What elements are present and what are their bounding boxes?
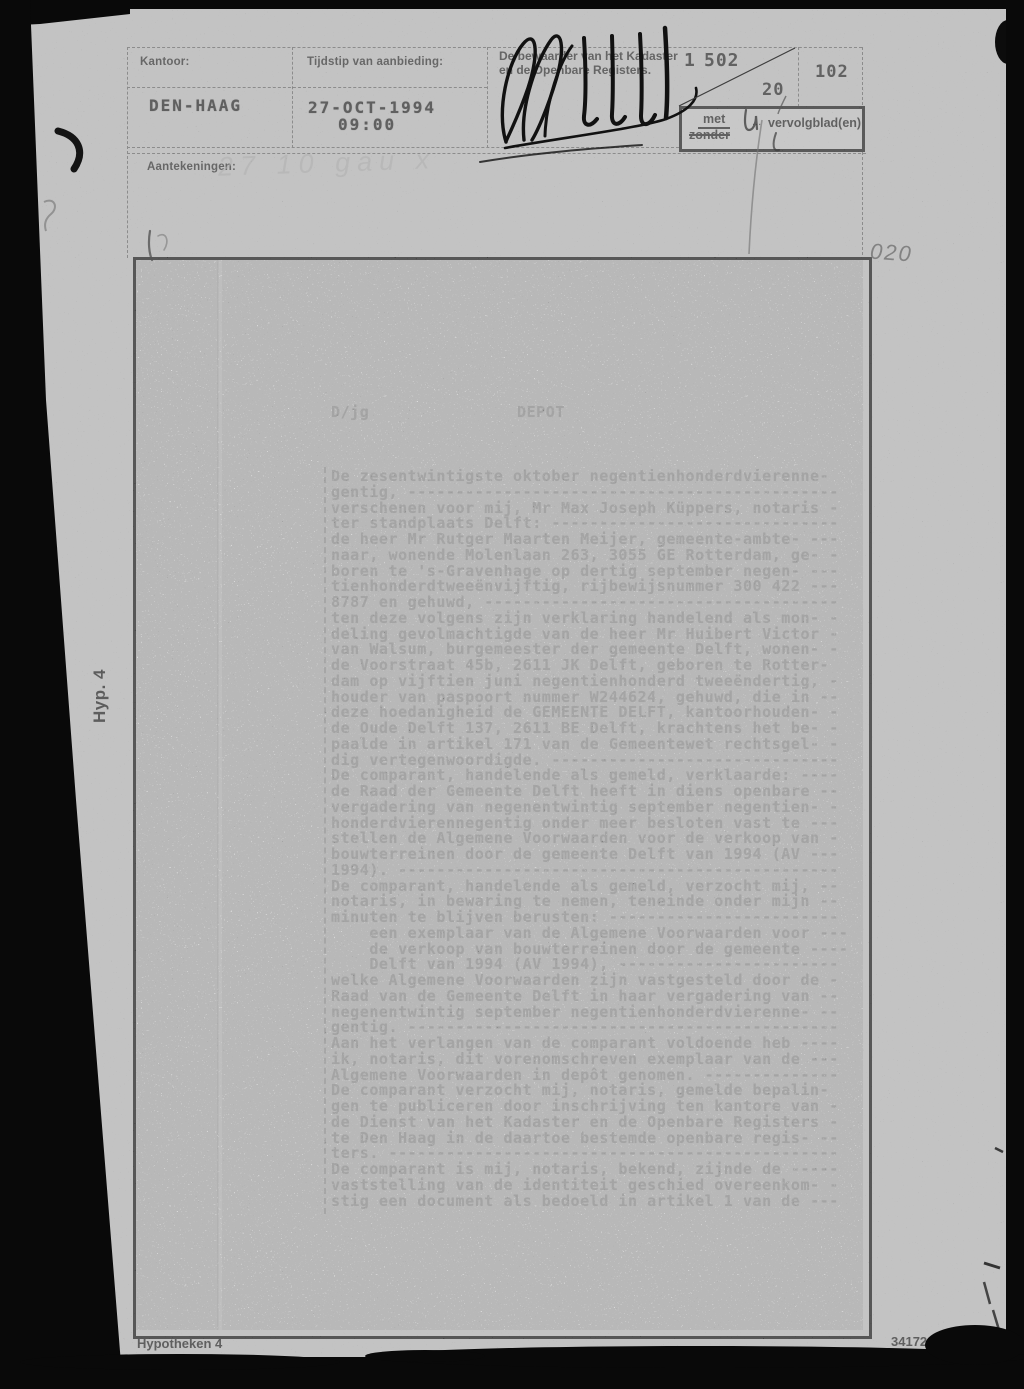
- header-label-rule: [127, 87, 487, 88]
- deed-line: stig een document als bedoeld in artikel…: [331, 1194, 871, 1210]
- scanned-deed-page: Kantoor: DEN-HAAG Tijdstip van aanbiedin…: [0, 0, 1024, 1389]
- header-divider-1: [292, 47, 293, 148]
- stamp-number-part: 1: [684, 50, 696, 71]
- bewaarder-line1: De bewaarder van het Kadaster: [499, 49, 678, 63]
- bewaarder-line2: en de Openbare Registers.: [499, 63, 678, 77]
- kantoor-label: Kantoor:: [140, 56, 190, 68]
- kantoor-value: DEN-HAAG: [149, 96, 242, 115]
- met-label: met: [698, 112, 730, 129]
- bewaarder-caption: De bewaarder van het Kadaster en de Open…: [499, 49, 678, 77]
- tijdstip-label: Tijdstip van aanbieding:: [307, 56, 443, 68]
- stamp-number-page: 102: [815, 62, 849, 82]
- vervolgblad-label: vervolgblad(en): [768, 116, 861, 130]
- margin-column-rule: [219, 260, 222, 1330]
- dotted-leader: ...: [752, 116, 761, 128]
- tijdstip-time: 09:00: [338, 115, 396, 134]
- header-divider-2: [487, 47, 488, 148]
- stamp-number-deel: 20: [762, 80, 784, 100]
- zonder-label: zonder: [689, 128, 730, 142]
- stamp-number-register: 502: [704, 50, 740, 71]
- header-divider-3: [798, 47, 799, 107]
- deed-title: DEPOT: [517, 403, 565, 421]
- text-left-rule: [324, 467, 326, 1214]
- deed-body: De zesentwintigste oktober negentienhond…: [331, 469, 871, 1214]
- handwritten-page-number: 020: [869, 239, 913, 268]
- register-name: Hypotheken 4: [137, 1336, 222, 1351]
- scan-code: 341729P: [891, 1334, 943, 1349]
- margin-column-rule-dark: [217, 260, 218, 1330]
- hyp4-margin-label: Hyp. 4: [80, 651, 120, 741]
- deed-reference: D/jg: [331, 403, 369, 421]
- vervolgblad-box: met zonder ... vervolgblad(en): [679, 106, 865, 152]
- header-top-rule: [127, 47, 862, 48]
